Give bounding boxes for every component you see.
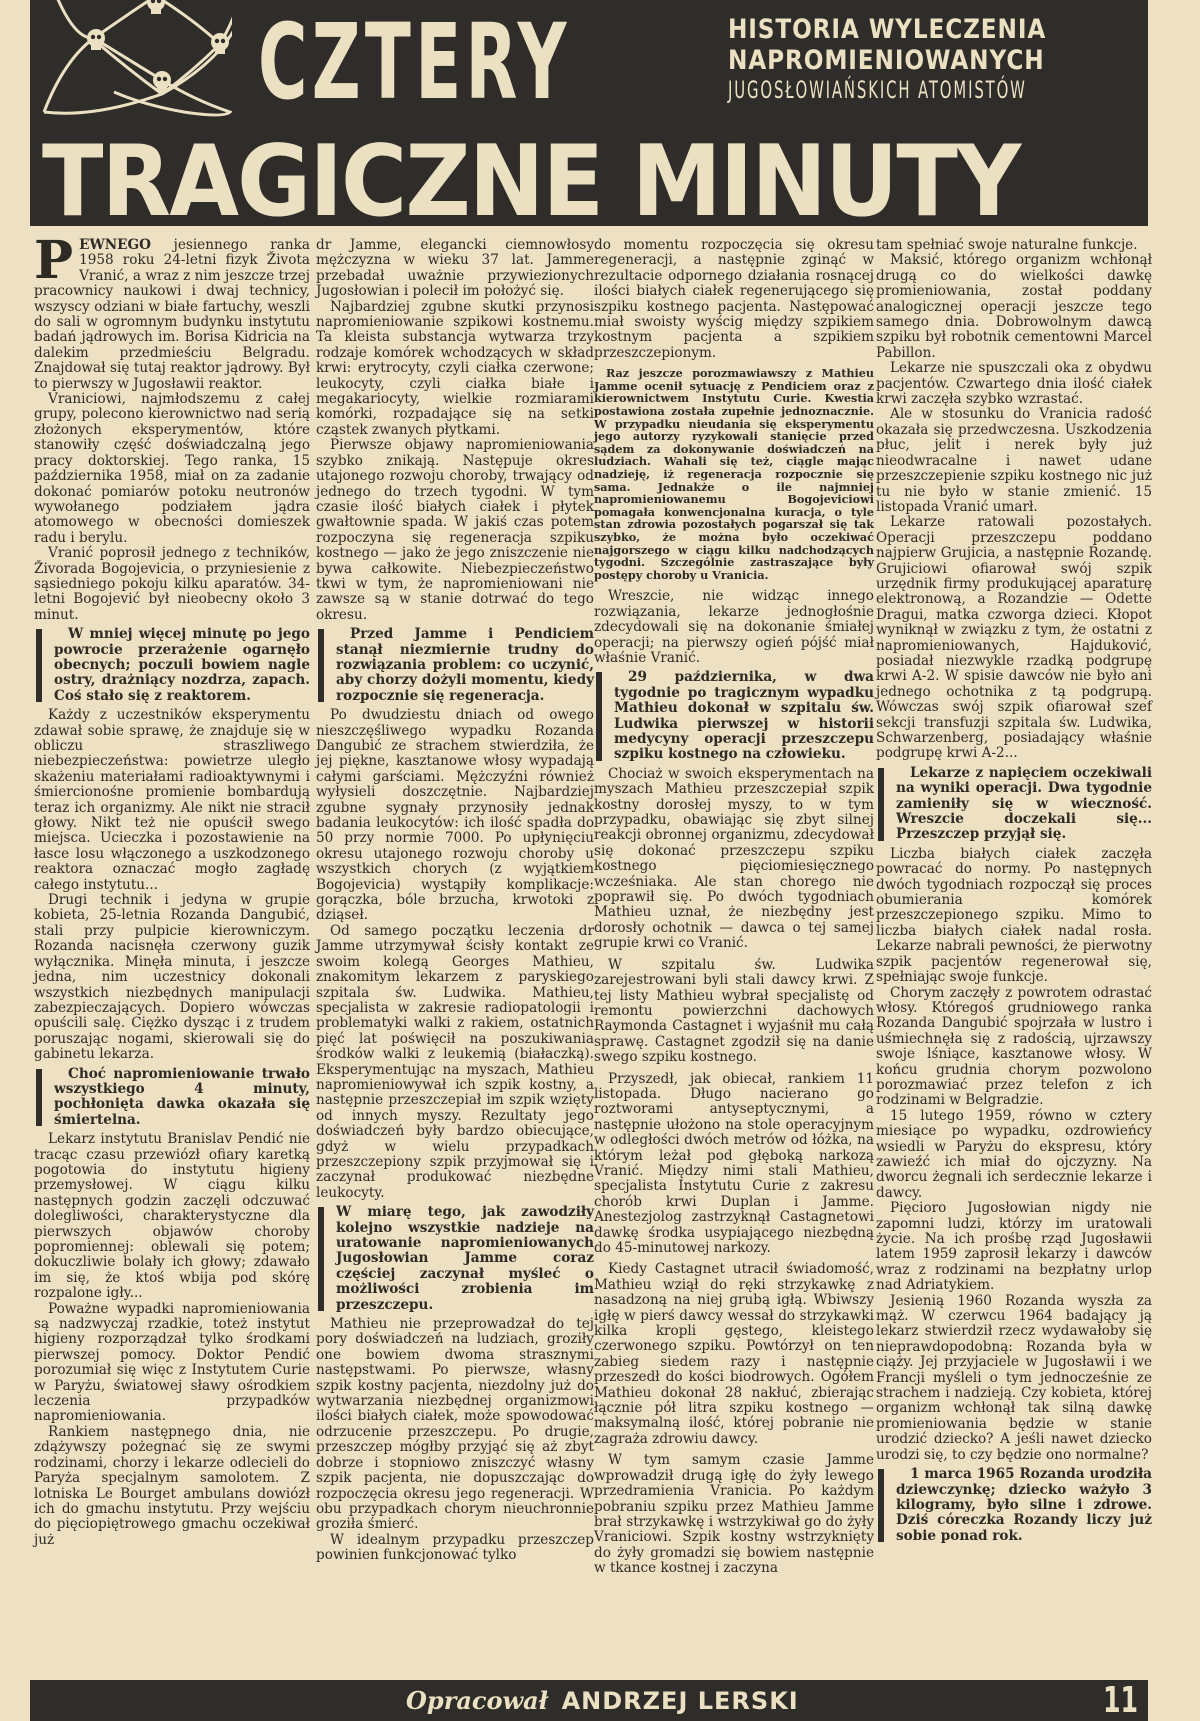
article-column-1: PEWNEGO jesiennego ranka 1958 roku 24-le…	[34, 238, 310, 1548]
paragraph: Wreszcie, nie widząc innego rozwiązania,…	[594, 589, 874, 666]
paragraph: Lekarze ratowali pozostałych. Operacji p…	[876, 515, 1152, 762]
small-print-paragraph: Raz jeszcze porozmawiawszy z Mathieu Jam…	[594, 367, 874, 581]
drop-cap: P	[34, 240, 73, 282]
paragraph: Chorym zaczęły z powrotem odrastać włosy…	[876, 986, 1152, 1109]
pull-quote: W miarę tego, jak zawodziły kolejno wszy…	[316, 1205, 594, 1313]
paragraph: Każdy z uczestników eksperymentu zdawał …	[34, 708, 310, 893]
magazine-page: CZTERY HISTORIA WYLECZENIA NAPROMIENIOWA…	[0, 0, 1200, 1721]
paragraph: Maksić, którego organizm wchłonął drugą …	[876, 253, 1152, 361]
paragraph: Drugi technik i jedyna w grupie kobieta,…	[34, 893, 310, 1062]
paragraph: Ale w stosunku do Vranicia radość okazał…	[876, 407, 1152, 515]
paragraph: Chociaż w swoich eksperymentach na mysza…	[594, 767, 874, 952]
pull-quote: 1 marca 1965 Rozanda urodziła dziewczynk…	[876, 1467, 1152, 1544]
paragraph: Vranić poprosił jednego z techników, Živ…	[34, 546, 310, 623]
paragraph: Przyszedł, jak obiecał, rankiem 11 listo…	[594, 1072, 874, 1257]
kicker-line-1: HISTORIA WYLECZENIA	[728, 14, 1038, 45]
pull-quote: Przed Jamme i Pendiciem stanął niezmiern…	[316, 627, 594, 704]
author-name: ANDRZEJ LERSKI	[562, 1687, 799, 1715]
paragraph: Pięcioro Jugosłowian nigdy nie zapomni l…	[876, 1201, 1152, 1293]
paragraph: W szpitalu św. Ludwika zarejestrowani by…	[594, 958, 874, 1066]
paragraph: W idealnym przypadku przeszczep powinien…	[316, 1533, 594, 1564]
article-column-3: do momentu rozpoczęcia się okresu regene…	[594, 238, 874, 1577]
paragraph: Poważne wypadki napromieniowania są nadz…	[34, 1302, 310, 1425]
paragraph: Od samego początku leczenia dr Jamme utr…	[316, 924, 594, 1201]
paragraph: Rankiem następnego dnia, nie zdążywszy p…	[34, 1425, 310, 1548]
paragraph: Lekarze nie spuszczali oka z obydwu pacj…	[876, 361, 1152, 407]
paragraph: Jesienią 1960 Rozanda wyszła za mąż. W c…	[876, 1294, 1152, 1463]
paragraph: do momentu rozpoczęcia się okresu regene…	[594, 238, 874, 361]
atom-with-skulls-icon	[34, 0, 232, 118]
paragraph: Vraniciowi, najmłodszemu z całej grupy, …	[34, 392, 310, 546]
paragraph: tam spełniać swoje naturalne funkcje.	[876, 238, 1152, 253]
paragraph: Po dwudziestu dniach od owego nieszczęśl…	[316, 708, 594, 924]
paragraph: W tym samym czasie Jamme wprowadził drug…	[594, 1453, 874, 1576]
paragraph: Kiedy Castagnet utracił świadomość, Math…	[594, 1262, 874, 1447]
pull-quote: Choć napromieniowanie trwało wszystkiego…	[34, 1067, 310, 1129]
pull-quote: Lekarze z napięciem oczekiwali na wyniki…	[876, 766, 1152, 843]
page-number: 11	[1103, 1680, 1138, 1721]
lead-word: EWNEGO	[79, 237, 151, 253]
byline: Opracował ANDRZEJ LERSKI	[406, 1686, 799, 1715]
paragraph: dr Jamme, elegancki ciemnowłosy mężczyzn…	[316, 238, 594, 300]
paragraph: Najbardziej zgubne skutki przynosi napro…	[316, 300, 594, 439]
byline-prefix: Opracował	[406, 1686, 548, 1715]
paragraph: PEWNEGO jesiennego ranka 1958 roku 24-le…	[34, 238, 310, 392]
article-column-2: dr Jamme, elegancki ciemnowłosy mężczyzn…	[316, 238, 594, 1564]
paragraph: Lekarz instytutu Branislav Pendić nie tr…	[34, 1132, 310, 1301]
kicker-line-3: JUGOSŁOWIAŃSKICH ATOMISTÓW	[728, 76, 951, 104]
paragraph: 15 lutego 1959, równo w cztery miesiące …	[876, 1109, 1152, 1201]
pull-quote: W mniej więcej minutę po jego powrocie p…	[34, 627, 310, 704]
title-line-2: TRAGICZNE MINUTY	[42, 132, 1020, 232]
pull-quote: 29 października, w dwa tygodnie po tragi…	[594, 670, 874, 762]
paragraph: Liczba białych ciałek zaczęła powracać d…	[876, 847, 1152, 986]
article-column-4: tam spełniać swoje naturalne funkcje. Ma…	[876, 238, 1152, 1548]
subtitle-kicker: HISTORIA WYLECZENIA NAPROMIENIOWANYCH JU…	[728, 14, 1088, 104]
title-line-1: CZTERY	[258, 6, 571, 118]
kicker-line-2: NAPROMIENIOWANYCH	[728, 45, 1038, 76]
paragraph: Mathieu nie przeprowadzał do tej pory do…	[316, 1317, 594, 1533]
paragraph: Pierwsze objawy napromieniowania szybko …	[316, 438, 594, 623]
